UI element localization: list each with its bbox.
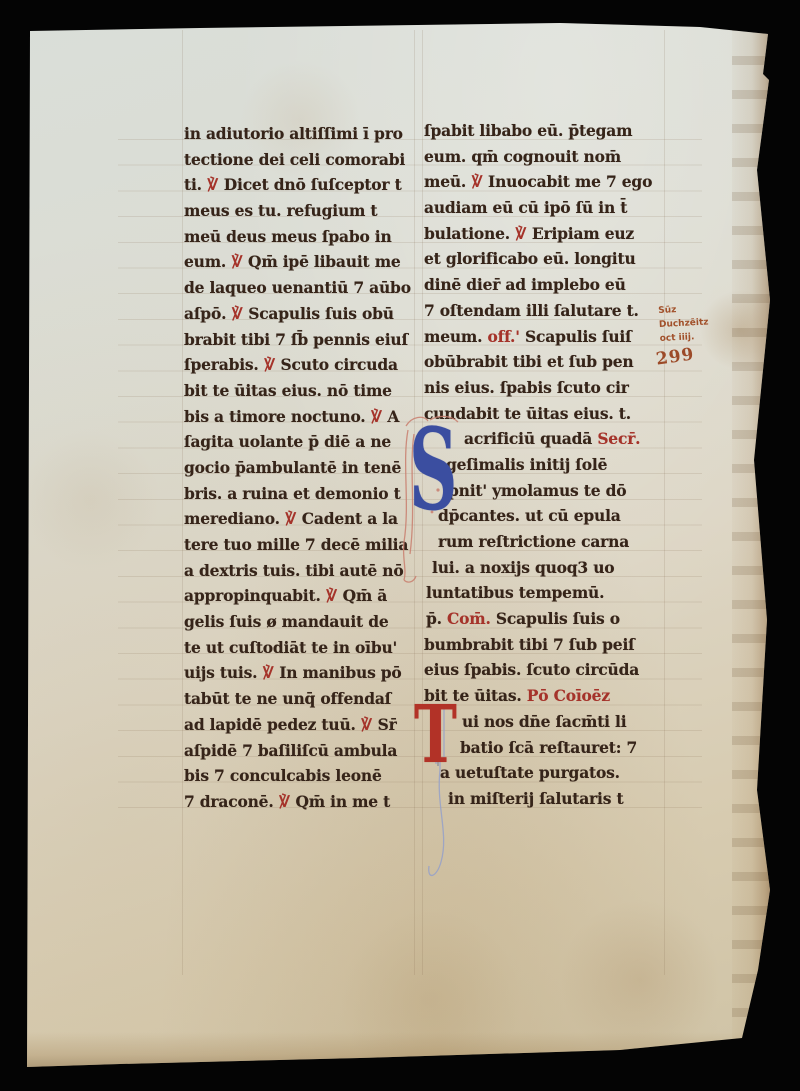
text-line: de laqueo uenantiū 7 aūbo [184, 275, 420, 301]
margin-inscription: Sūz Duchzēitz oct iiij. [658, 301, 738, 347]
text-line: pnit' ymolamus te dō [448, 478, 672, 504]
text-segment: meū deus meus ſpabo in [184, 227, 392, 246]
text-segment: brabit tibi 7 ſb̄ pennis eiuſ [184, 330, 408, 349]
text-line: 7 oſtendam illi ſalutare t. [424, 298, 672, 324]
versicle-icon: ℣ [264, 356, 276, 374]
text-segment: Qm̄ ipē libauit me [243, 252, 401, 271]
text-segment: Dicet dnō ſuſceptor t [219, 175, 402, 194]
text-line: luntatibus tempemū. [426, 580, 672, 606]
text-segment: gocio p̄ambulantē in tenē [184, 458, 401, 477]
text-line: lui. a noxijs quoq3 uo [432, 555, 672, 581]
text-line: batio ſcā reſtauret: 7 [460, 735, 672, 761]
text-line: gocio p̄ambulantē in tenē [184, 455, 420, 481]
text-line: acrificiū quadā Secr̄. [464, 426, 672, 452]
text-segment: a uetuſtate purgatos. [440, 763, 620, 782]
text-segment: A [382, 407, 399, 426]
text-line: eum. qm̄ cognouit nom̄ [424, 144, 672, 170]
text-line: a uetuſtate purgatos. [440, 760, 672, 786]
text-line: aſpidē 7 baſiliſcū ambula [184, 738, 420, 764]
text-line: uijs tuis. ℣ In manibus pō [184, 660, 420, 686]
text-segment: luntatibus tempemū. [426, 583, 604, 602]
versicle-icon: ℣ [231, 253, 243, 271]
lombard-initial-t: T [414, 703, 457, 765]
text-line: ſpabit libabo eū. p̄tegam [424, 118, 672, 144]
text-line: bumbrabit tibi 7 ſub peiſ [424, 632, 672, 658]
text-line: merediano. ℣ Cadent a la [184, 506, 420, 532]
versicle-icon: ℣ [471, 173, 483, 191]
text-segment: ti. [184, 175, 207, 194]
text-line: bris. a ruina et demonio t [184, 481, 420, 507]
text-segment: uijs tuis. [184, 663, 263, 682]
text-line: ſagita uolante p̄ diē a ne [184, 429, 420, 455]
text-segment: dp̄cantes. ut cū epula [438, 506, 621, 525]
text-line: cundabit te ūitas eius. t. [424, 401, 672, 427]
text-segment: meus es tu. refugium t [184, 201, 377, 220]
text-line: et glorificabo eū. longitu [424, 246, 672, 272]
text-line: gelis ſuis ø mandauit de [184, 609, 420, 635]
text-segment: p̄. [426, 609, 447, 628]
text-segment: in adiutorio altiſſimi ī pro [184, 124, 403, 143]
versicle-icon: ℣ [371, 408, 383, 426]
text-segment: tere tuo mille 7 decē milia [184, 535, 408, 554]
text-line: in miſterij ſalutaris t [448, 786, 672, 812]
text-segment: bris. a ruina et demonio t [184, 484, 401, 503]
versicle-icon: ℣ [231, 305, 243, 323]
text-segment: Scapulis ſuiſ [520, 327, 632, 346]
text-segment: 7 draconē. [184, 792, 279, 811]
text-segment: Eripiam euz [527, 224, 634, 243]
text-line: bit te ūitas eius. nō time [184, 378, 420, 404]
text-segment: 7 oſtendam illi ſalutare t. [424, 301, 639, 320]
deckled-right-edge [732, 22, 776, 1052]
text-segment: dinē dier̄ ad implebo eū [424, 275, 626, 294]
text-segment: Qm̄ in me t [290, 792, 390, 811]
text-line: meū deus meus ſpabo in [184, 224, 420, 250]
text-segment: et glorificabo eū. longitu [424, 249, 636, 268]
text-line: ui nos dn̄e ſacm̄ti li [462, 709, 672, 735]
text-segment: audiam eū cū ipō ſū in t̄ [424, 198, 627, 217]
versicle-icon: ℣ [263, 664, 275, 682]
text-segment: In manibus pō [274, 663, 402, 682]
text-segment: gelis ſuis ø mandauit de [184, 612, 389, 631]
text-segment: bit te ūitas eius. nō time [184, 381, 392, 400]
text-segment: meū. [424, 172, 471, 191]
text-line: brabit tibi 7 ſb̄ pennis eiuſ [184, 327, 420, 353]
text-line: eius ſpabis. ſcuto circūda [424, 657, 672, 683]
text-segment: eius ſpabis. ſcuto circūda [424, 660, 639, 679]
text-segment: a dextris tuis. tibi autē nō [184, 561, 403, 580]
rubric-text: off.' [488, 327, 520, 346]
text-segment: pnit' ymolamus te dō [448, 481, 626, 500]
text-line: eum. ℣ Qm̄ ipē libauit me [184, 249, 420, 275]
text-segment: bis a timore noctuno. [184, 407, 371, 426]
text-segment: batio ſcā reſtauret: 7 [460, 738, 637, 757]
text-line: ti. ℣ Dicet dnō ſuſceptor t [184, 172, 420, 198]
rubric-text: Com̄. [447, 609, 491, 628]
text-line: bis a timore noctuno. ℣ A [184, 404, 420, 430]
text-line: aſpō. ℣ Scapulis ſuis obū [184, 301, 420, 327]
text-segment: bumbrabit tibi 7 ſub peiſ [424, 635, 635, 654]
text-segment: ui nos dn̄e ſacm̄ti li [462, 712, 626, 731]
text-line: 7 draconē. ℣ Qm̄ in me t [184, 789, 420, 815]
text-line: p̄. Com̄. Scapulis ſuis o [426, 606, 672, 632]
text-line: tectione dei celi comorabi [184, 147, 420, 173]
versicle-icon: ℣ [207, 176, 219, 194]
text-segment: ſagita uolante p̄ diē a ne [184, 432, 391, 451]
text-segment: Sr̄ [372, 715, 396, 734]
text-segment: tabūt te ne unq̄ offendaſ [184, 689, 391, 708]
text-segment: nis eius. ſpabis ſcuto cir [424, 378, 629, 397]
text-segment: appropinquabit. [184, 586, 326, 605]
vertical-ruling [182, 30, 183, 975]
text-line: bulatione. ℣ Eripiam euz [424, 221, 672, 247]
text-line: rum reſtrictione carna [438, 529, 672, 555]
text-column-right: ſpabit libabo eū. p̄tegameum. qm̄ cognou… [424, 118, 672, 812]
text-segment: merediano. [184, 509, 285, 528]
text-segment: Qm̄ ā [337, 586, 387, 605]
text-line: ſperabis. ℣ Scuto circuda [184, 352, 420, 378]
text-line: appropinquabit. ℣ Qm̄ ā [184, 583, 420, 609]
photo-background: { "colors": { "background": "#040404", "… [0, 0, 800, 1091]
text-segment: Scuto circuda [275, 355, 397, 374]
text-line: geſimalis initij ſolē [446, 452, 672, 478]
text-segment: ad lapidē pedez tuū. [184, 715, 361, 734]
text-line: te ut cuſtodiāt te in oību' [184, 635, 420, 661]
text-segment: tectione dei celi comorabi [184, 150, 405, 169]
text-line: in adiutorio altiſſimi ī pro [184, 121, 420, 147]
text-line: meū. ℣ Inuocabit me 7 ego [424, 169, 672, 195]
versicle-icon: ℣ [515, 225, 527, 243]
versicle-icon: ℣ [361, 716, 373, 734]
text-line: audiam eū cū ipō ſū in t̄ [424, 195, 672, 221]
text-segment: Scapulis ſuis obū [243, 304, 394, 323]
rubric-text: Secr̄. [597, 429, 640, 448]
text-segment: Cadent a la [297, 509, 398, 528]
text-segment: bis 7 conculcabis leonē [184, 766, 382, 785]
text-line: ad lapidē pedez tuū. ℣ Sr̄ [184, 712, 420, 738]
text-line: meum. off.' Scapulis ſuiſ [424, 324, 672, 350]
text-segment: obūbrabit tibi et ſub pen [424, 352, 634, 371]
text-segment: eum. [184, 252, 231, 271]
text-segment: te ut cuſtodiāt te in oību' [184, 638, 397, 657]
text-line: dp̄cantes. ut cū epula [438, 503, 672, 529]
text-segment: geſimalis initij ſolē [446, 455, 607, 474]
versicle-icon: ℣ [326, 587, 338, 605]
text-segment: rum reſtrictione carna [438, 532, 629, 551]
text-segment: acrificiū quadā [464, 429, 597, 448]
versicle-icon: ℣ [285, 510, 297, 528]
text-segment: bulatione. [424, 224, 515, 243]
margin-inscription-line: oct iiij. [659, 329, 738, 347]
text-line: tere tuo mille 7 decē milia [184, 532, 420, 558]
leaf-bottom-edge [20, 1032, 765, 1070]
text-line: dinē dier̄ ad implebo eū [424, 272, 672, 298]
text-line: meus es tu. refugium t [184, 198, 420, 224]
lombard-initial-s: S [409, 427, 458, 514]
rubric-text: Pō Coīoēz [527, 686, 610, 705]
text-segment: meum. [424, 327, 488, 346]
text-line: a dextris tuis. tibi autē nō [184, 558, 420, 584]
versicle-icon: ℣ [279, 793, 291, 811]
text-segment: in miſterij ſalutaris t [448, 789, 623, 808]
text-line: nis eius. ſpabis ſcuto cir [424, 375, 672, 401]
text-segment: de laqueo uenantiū 7 aūbo [184, 278, 411, 297]
text-line: bis 7 conculcabis leonē [184, 763, 420, 789]
text-segment: lui. a noxijs quoq3 uo [432, 558, 614, 577]
text-segment: ſperabis. [184, 355, 264, 374]
text-line: bit te ūitas. Pō Coīoēz [424, 683, 672, 709]
text-segment: Inuocabit me 7 ego [483, 172, 652, 191]
text-segment: aſpidē 7 baſiliſcū ambula [184, 741, 397, 760]
text-segment: eum. qm̄ cognouit nom̄ [424, 147, 621, 166]
text-column-left: in adiutorio altiſſimi ī protectione dei… [184, 121, 420, 815]
manuscript-leaf: in adiutorio altiſſimi ī protectione dei… [0, 0, 800, 1091]
text-segment: ſpabit libabo eū. p̄tegam [424, 121, 632, 140]
text-segment: aſpō. [184, 304, 231, 323]
text-segment: Scapulis ſuis o [491, 609, 620, 628]
text-line: tabūt te ne unq̄ offendaſ [184, 686, 420, 712]
text-line: obūbrabit tibi et ſub pen [424, 349, 672, 375]
